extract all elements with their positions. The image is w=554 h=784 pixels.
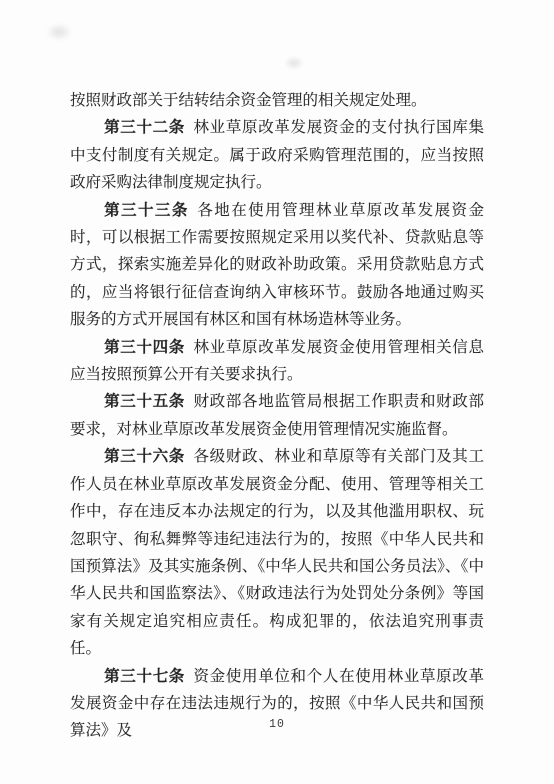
paragraph-continuation: 按照财政部关于结转结余资金管理的相关规定处理。 <box>70 87 484 114</box>
article-number-32: 第三十二条 <box>104 119 185 136</box>
article-number-33: 第三十三条 <box>104 202 189 219</box>
paragraph-article-35: 第三十五条财政部各地监管局根据工作职责和财政部要求，对林业草原改革发展资金使用管… <box>70 388 484 443</box>
body-text: 按照财政部关于结转结余资金管理的相关规定处理。 第三十二条林业草原改革发展资金的… <box>70 87 484 745</box>
article-number-34: 第三十四条 <box>104 339 185 356</box>
paragraph-text: 各地在使用管理林业草原改革发展资金时，可以根据工作需要按照规定采用以奖代补、贷款… <box>70 202 484 329</box>
paragraph-text: 按照财政部关于结转结余资金管理的相关规定处理。 <box>70 92 427 109</box>
paragraph-article-34: 第三十四条林业草原改革发展资金使用管理相关信息应当按照预算公开有关要求执行。 <box>70 334 484 389</box>
document-page: 按照财政部关于结转结余资金管理的相关规定处理。 第三十二条林业草原改革发展资金的… <box>0 0 554 784</box>
paragraph-article-36: 第三十六条各级财政、林业和草原等有关部门及其工作人员在林业草原改革发展资金分配、… <box>70 443 484 662</box>
article-number-37: 第三十七条 <box>104 668 185 685</box>
article-number-36: 第三十六条 <box>104 448 185 465</box>
article-number-35: 第三十五条 <box>104 393 185 410</box>
paragraph-article-32: 第三十二条林业草原改革发展资金的支付执行国库集中支付制度有关规定。属于政府采购管… <box>70 114 484 196</box>
paragraph-text: 各级财政、林业和草原等有关部门及其工作人员在林业草原改革发展资金分配、使用、管理… <box>70 448 484 657</box>
paragraph-article-37: 第三十七条资金使用单位和个人在使用林业草原改革发展资金中存在违法违规行为的，按照… <box>70 663 484 745</box>
scan-smudge-top-right <box>284 56 304 70</box>
page-number: 10 <box>0 718 554 731</box>
scan-smudge-top-left <box>46 23 72 41</box>
paragraph-article-33: 第三十三条各地在使用管理林业草原改革发展资金时，可以根据工作需要按照规定采用以奖… <box>70 197 484 334</box>
